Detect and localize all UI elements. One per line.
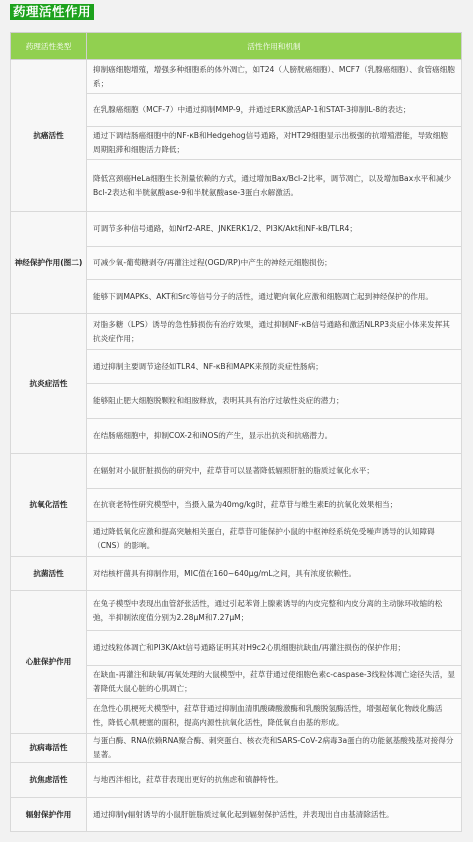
mechanism-cell: 可减少氧-葡萄糖剥夺/再灌注过程(OGD/RP)中产生的神经元细胞损伤； <box>87 247 462 280</box>
mechanism-cell: 抑制癌细胞增殖，增强多种细胞系的体外凋亡，如T24（人膀胱癌细胞）、MCF7（乳… <box>87 60 462 94</box>
table-row: 抗焦虑活性 与地西泮相比，荭草苷表现出更好的抗焦虑和镇静特性。 <box>11 763 462 798</box>
mechanism-cell: 对结核杆菌具有抑制作用，MIC值在160~640μg/mL之间，具有浓度依赖性。 <box>87 557 462 591</box>
category-neuroprotection: 神经保护作用(图二) <box>11 212 87 314</box>
mechanism-cell: 对脂多糖（LPS）诱导的急性肺损伤有治疗效果，通过抑制NF-κB信号通路和激活N… <box>87 314 462 350</box>
mechanism-cell: 降低宫颈癌HeLa细胞生长剂量依赖的方式，通过增加Bax/Bcl-2比率，调节凋… <box>87 160 462 212</box>
mechanism-cell: 在急性心肌梗死犬模型中，荭草苷通过抑制血清肌酸磷酸激酶和乳酸脱氢酶活性，增强超氧… <box>87 699 462 734</box>
category-antiviral: 抗病毒活性 <box>11 734 87 763</box>
mechanism-cell: 与蛋白酶、RNA依赖RNA聚合酶、刺突蛋白、核衣壳和SARS-CoV-2病毒3a… <box>87 734 462 763</box>
table-row: 抗氧化活性 在辐射对小鼠肝脏损伤的研究中，荭草苷可以显著降低辐照肝脏的脂质过氧化… <box>11 454 462 489</box>
page-title: 药理活性作用 <box>10 4 94 20</box>
mechanism-cell: 在乳腺癌细胞（MCF-7）中通过抑制MMP-9，并通过ERK激活AP-1和STA… <box>87 94 462 127</box>
pharmacological-activity-table: 药理活性类型 活性作用和机制 抗癌活性 抑制癌细胞增殖，增强多种细胞系的体外凋亡… <box>10 32 462 832</box>
mechanism-cell: 通过抑制γ辐射诱导的小鼠肝脏脂质过氧化起到辐射保护活性，并表现出自由基清除活性。 <box>87 798 462 832</box>
header-activity-type: 药理活性类型 <box>11 33 87 60</box>
category-anticancer: 抗癌活性 <box>11 60 87 212</box>
mechanism-cell: 通过线粒体凋亡和PI3K/Akt信号通路证明其对H9c2心肌细胞抗缺血/再灌注损… <box>87 631 462 666</box>
mechanism-cell: 与地西泮相比，荭草苷表现出更好的抗焦虑和镇静特性。 <box>87 763 462 798</box>
mechanism-cell: 在辐射对小鼠肝脏损伤的研究中，荭草苷可以显著降低辐照肝脏的脂质过氧化水平； <box>87 454 462 489</box>
mechanism-cell: 在缺血-再灌注和缺氧/再氧处理的大鼠模型中，荭草苷通过使细胞色素c-caspas… <box>87 666 462 699</box>
mechanism-cell: 通过降低氧化应激和提高突触相关蛋白，荭草苷可能保护小鼠的中枢神经系统免受噪声诱导… <box>87 522 462 557</box>
table-row: 抗菌活性 对结核杆菌具有抑制作用，MIC值在160~640μg/mL之间，具有浓… <box>11 557 462 591</box>
category-cardioprotection: 心脏保护作用 <box>11 591 87 734</box>
category-radioprotection: 辐射保护作用 <box>11 798 87 832</box>
mechanism-cell: 在兔子模型中表现出血管舒张活性，通过引起苯肾上腺素诱导的内皮完整和内皮分离的主动… <box>87 591 462 631</box>
mechanism-cell: 通过下调结肠癌细胞中的NF-κB和Hedgehog信号通路，对HT29细胞显示出… <box>87 127 462 160</box>
table-header-row: 药理活性类型 活性作用和机制 <box>11 33 462 60</box>
header-mechanism: 活性作用和机制 <box>87 33 462 60</box>
table-row: 辐射保护作用 通过抑制γ辐射诱导的小鼠肝脏脂质过氧化起到辐射保护活性，并表现出自… <box>11 798 462 832</box>
category-antioxidant: 抗氧化活性 <box>11 454 87 557</box>
table-row: 心脏保护作用 在兔子模型中表现出血管舒张活性，通过引起苯肾上腺素诱导的内皮完整和… <box>11 591 462 631</box>
category-anxiolytic: 抗焦虑活性 <box>11 763 87 798</box>
table-row: 抗炎症活性 对脂多糖（LPS）诱导的急性肺损伤有治疗效果，通过抑制NF-κB信号… <box>11 314 462 350</box>
mechanism-cell: 能够阻止肥大细胞脱颗粒和组胺释放，表明其具有治疗过敏性炎症的潜力； <box>87 384 462 419</box>
table-row: 抗病毒活性 与蛋白酶、RNA依赖RNA聚合酶、刺突蛋白、核衣壳和SARS-CoV… <box>11 734 462 763</box>
mechanism-cell: 在抗衰老特性研究模型中，当摄入量为40mg/kg时，荭草苷与维生素E的抗氧化效果… <box>87 489 462 522</box>
category-antibacterial: 抗菌活性 <box>11 557 87 591</box>
category-anti-inflammatory: 抗炎症活性 <box>11 314 87 454</box>
table-row: 抗癌活性 抑制癌细胞增殖，增强多种细胞系的体外凋亡，如T24（人膀胱癌细胞）、M… <box>11 60 462 94</box>
mechanism-cell: 通过抑制主要调节途径如TLR4、NF-κB和MAPK来预防炎症性肠病； <box>87 350 462 384</box>
mechanism-cell: 能够下调MAPKs、AKT和Src等信号分子的活性，通过靶向氧化应激和细胞凋亡起… <box>87 280 462 314</box>
mechanism-cell: 在结肠癌细胞中，抑制COX-2和iNOS的产生，显示出抗炎和抗癌潜力。 <box>87 419 462 454</box>
mechanism-cell: 可调节多种信号通路，如Nrf2-ARE、JNKERK1/2、PI3K/Akt和N… <box>87 212 462 247</box>
table-row: 神经保护作用(图二) 可调节多种信号通路，如Nrf2-ARE、JNKERK1/2… <box>11 212 462 247</box>
